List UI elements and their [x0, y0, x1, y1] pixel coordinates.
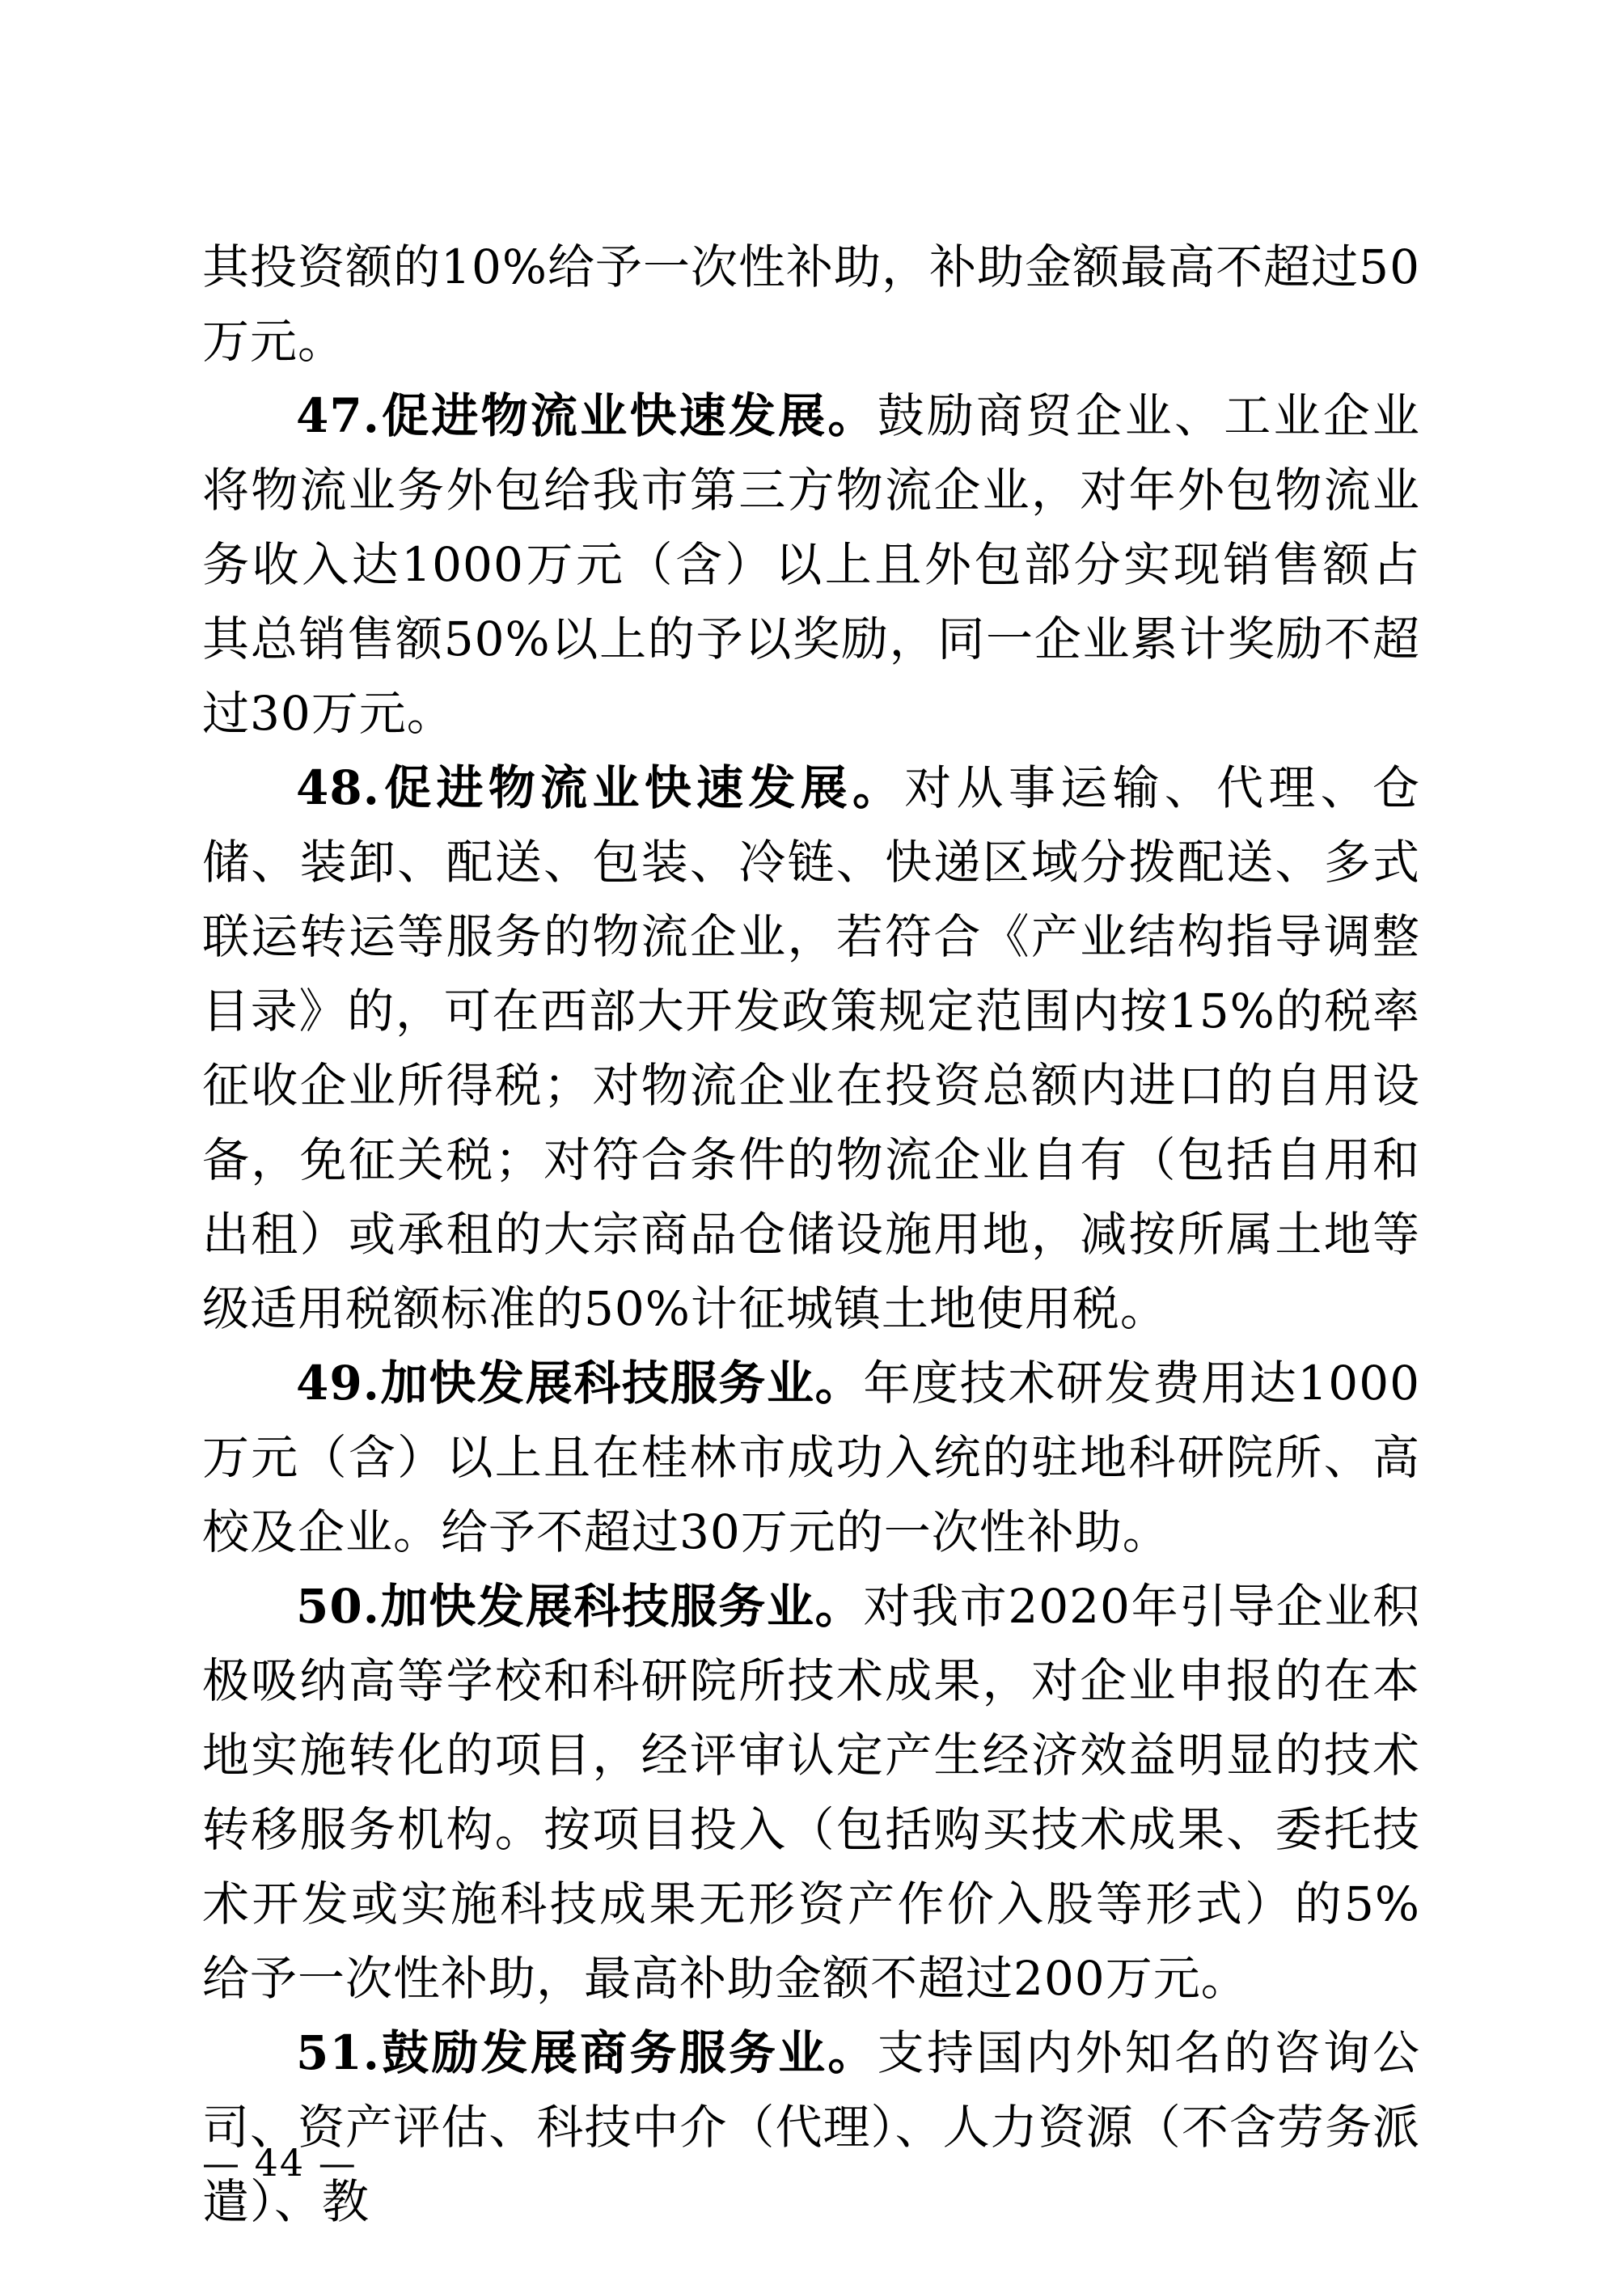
paragraph-clause-48: 48.促进物流业快速发展。对从事运输、代理、仓储、装卸、配送、包装、冷链、快递区…: [202, 751, 1420, 1346]
paragraph-clause-50: 50.加快发展科技服务业。对我市2020年引导企业积极吸纳高等学校和科研院所技术…: [202, 1569, 1420, 2016]
paragraph-clause-51: 51.鼓励发展商务服务业。支持国内外知名的咨询公司、资产评估、科技中介（代理）、…: [202, 2016, 1420, 2239]
body-text: 其投资额的10%给予一次性补助，补助金额最高不超过50万元。 47.促进物流业快…: [202, 230, 1420, 2239]
paragraph-clause-47: 47.促进物流业快速发展。鼓励商贸企业、工业企业将物流业务外包给我市第三方物流企…: [202, 379, 1420, 751]
clause-heading: 48.促进物流业快速发展。: [296, 760, 904, 815]
clause-heading: 51.鼓励发展商务服务业。: [296, 2025, 878, 2080]
clause-heading: 50.加快发展科技服务业。: [296, 1579, 863, 1634]
clause-heading: 49.加快发展科技服务业。: [296, 1356, 863, 1411]
clause-body: 对我市2020年引导企业积极吸纳高等学校和科研院所技术成果，对企业申报的在本地实…: [202, 1579, 1420, 2006]
clause-body: 其投资额的10%给予一次性补助，补助金额最高不超过50万元。: [202, 239, 1420, 369]
clause-heading: 47.促进物流业快速发展。: [296, 388, 878, 443]
paragraph-continuation-46: 其投资额的10%给予一次性补助，补助金额最高不超过50万元。: [202, 230, 1420, 379]
paragraph-clause-49: 49.加快发展科技服务业。年度技术研发费用达1000万元（含）以上且在桂林市成功…: [202, 1346, 1420, 1569]
document-page: 其投资额的10%给予一次性补助，补助金额最高不超过50万元。 47.促进物流业快…: [0, 0, 1624, 2293]
page-number: — 44 —: [202, 2142, 357, 2184]
clause-body: 对从事运输、代理、仓储、装卸、配送、包装、冷链、快递区域分拨配送、多式联运转运等…: [202, 760, 1420, 1336]
page-number-label: — 44 —: [202, 2141, 357, 2185]
